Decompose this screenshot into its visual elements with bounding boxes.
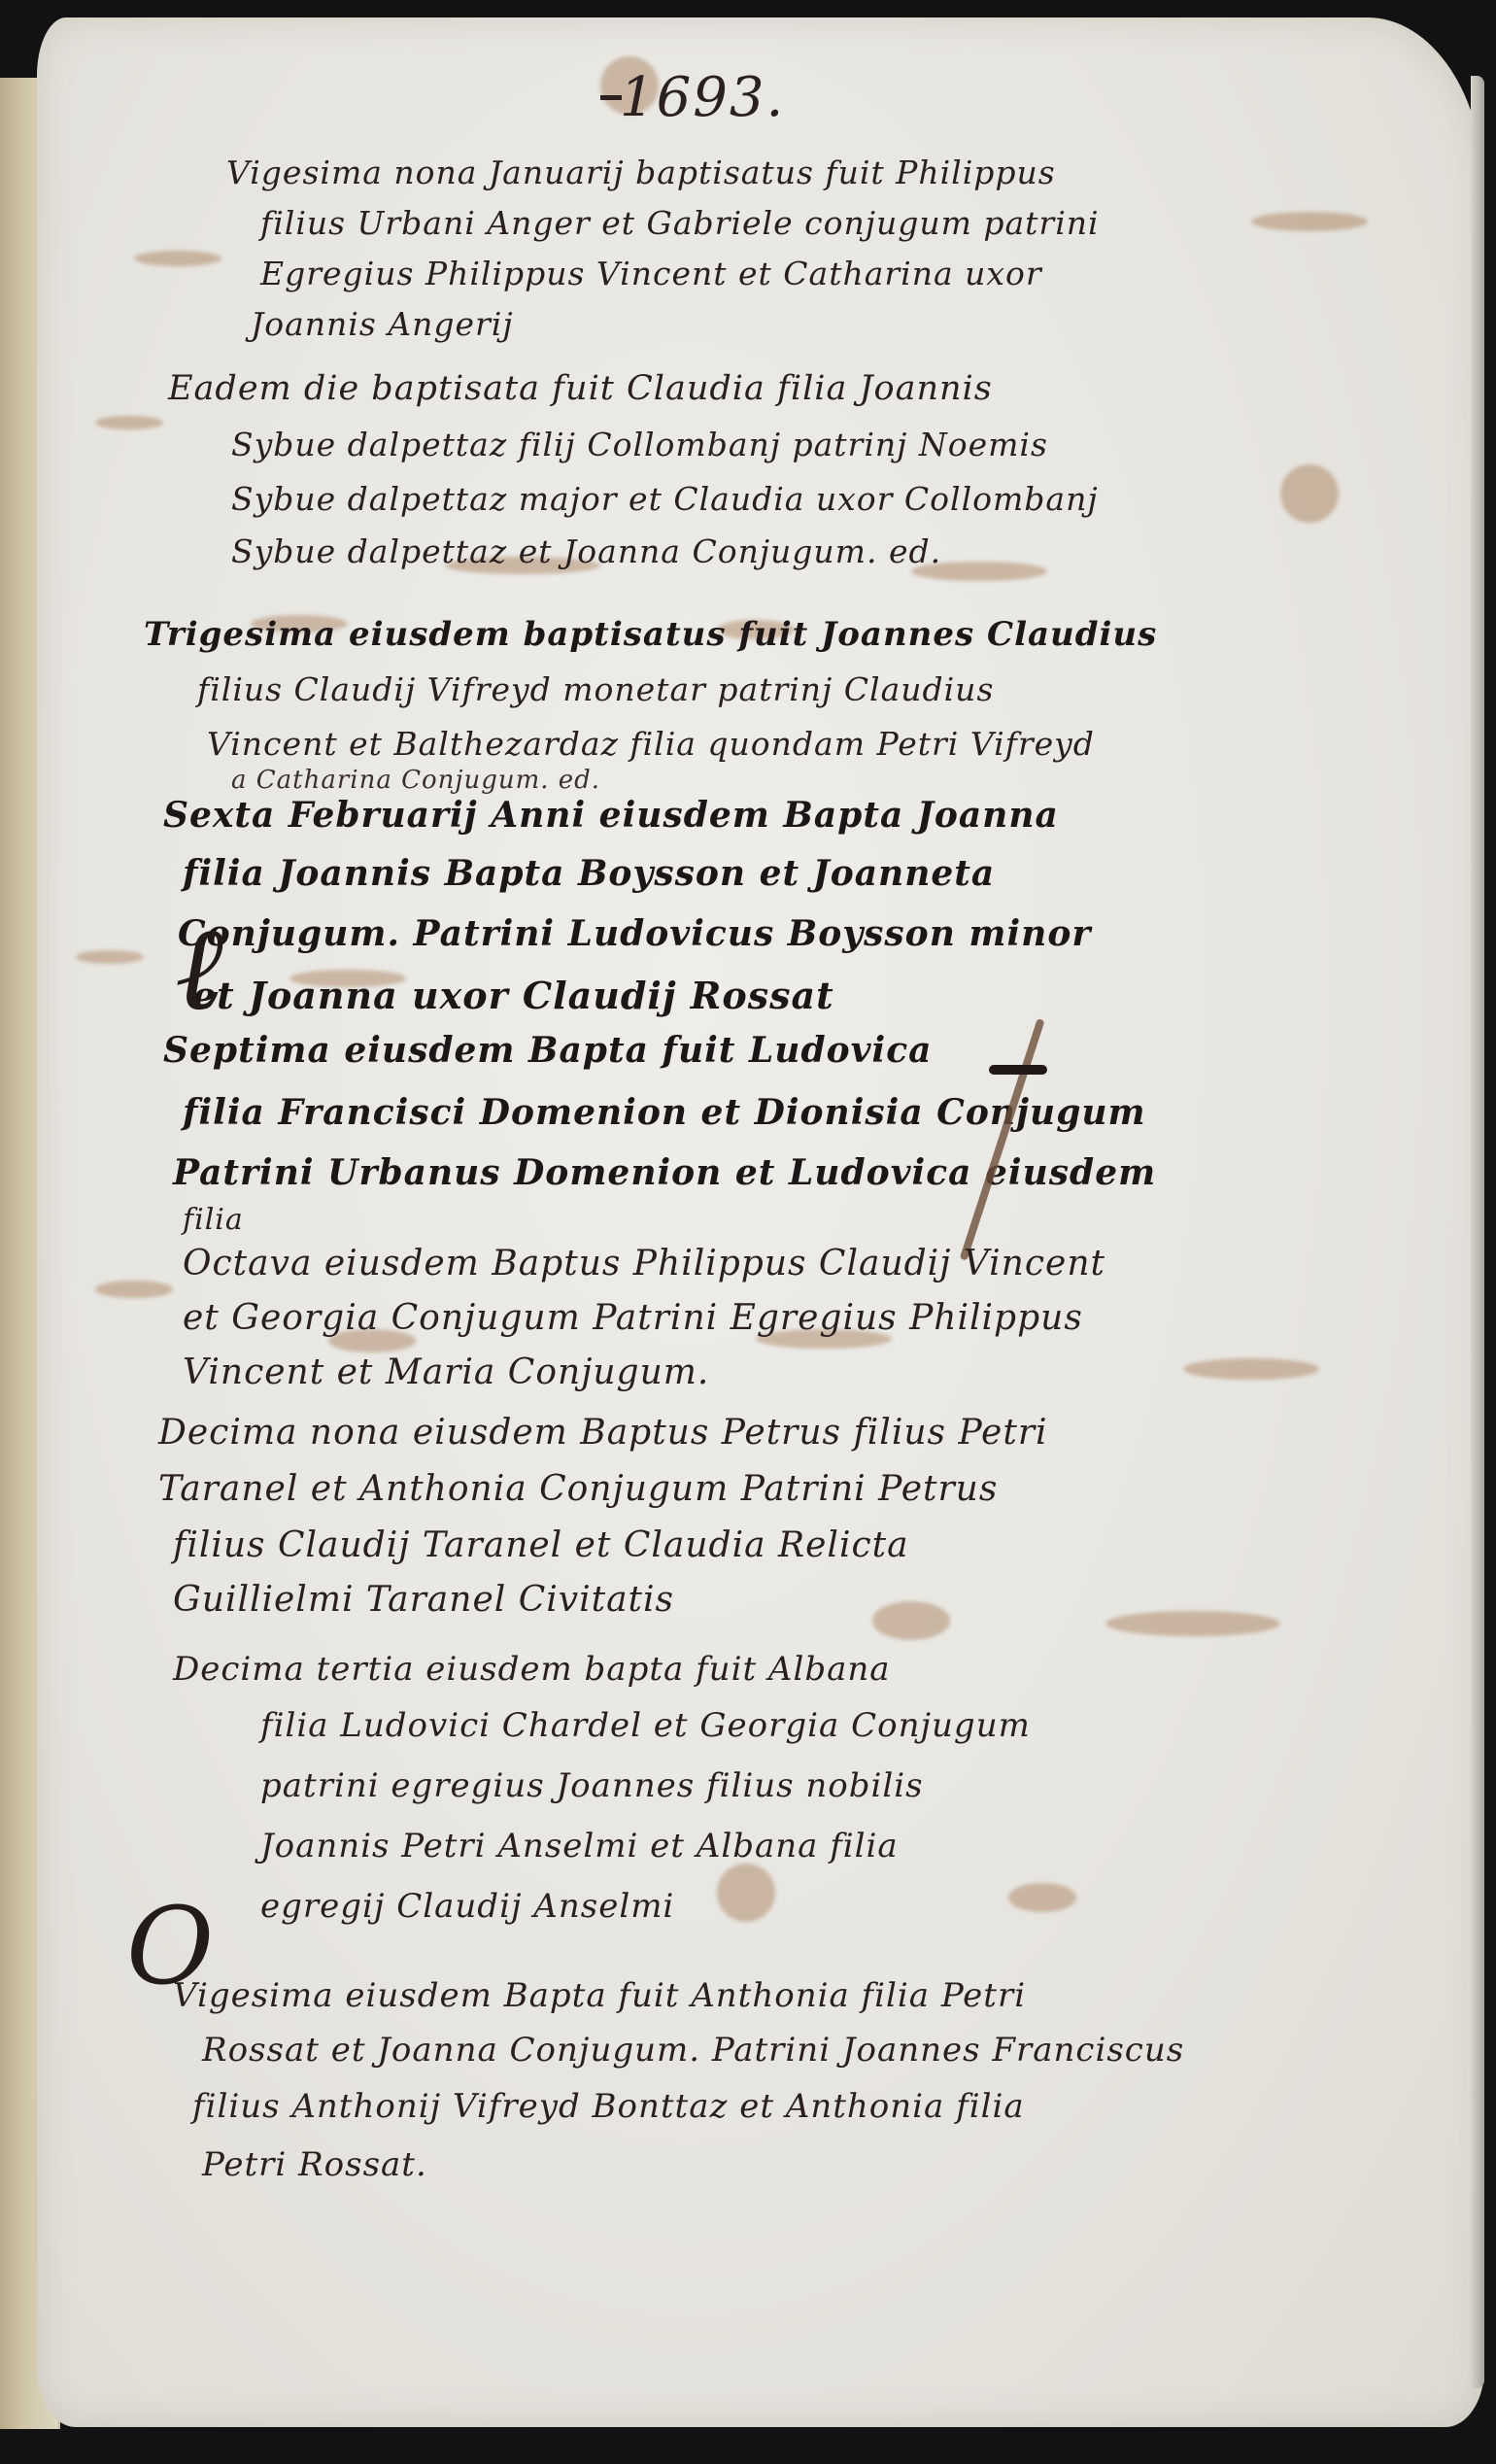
entry-line: Vigesima nona Januarij baptisatus fuit P… xyxy=(226,154,1056,191)
entry-line: Vincent et Balthezardaz filia quondam Pe… xyxy=(207,725,1095,763)
entry-line: Egregius Philippus Vincent et Catharina … xyxy=(260,255,1042,292)
entry-line: filius Claudij Vifreyd monetar patrinj C… xyxy=(197,670,994,708)
register-entries: Vigesima nona Januarij baptisatus fuit P… xyxy=(37,17,1484,2427)
decorative-initial: ℓ xyxy=(175,911,223,1028)
entry-line: Taranel et Anthonia Conjugum Patrini Pet… xyxy=(158,1469,998,1509)
entry-line: filia Ludovici Chardel et Georgia Conjug… xyxy=(260,1706,1031,1745)
entry-line: Sybue dalpettaz et Joanna Conjugum. ed. xyxy=(231,532,941,570)
entry-line: Sybue dalpettaz filij Collombanj patrinj… xyxy=(231,426,1048,463)
pen-bar xyxy=(989,1065,1047,1075)
entry-line: et Joanna uxor Claudij Rossat xyxy=(192,974,834,1017)
margin-stroke xyxy=(960,1018,1045,1261)
entry-line: Conjugum. Patrini Ludovicus Boysson mino… xyxy=(178,913,1091,954)
entry-line: filia Joannis Bapta Boysson et Joanneta xyxy=(183,853,995,894)
entry-line: Septima eiusdem Bapta fuit Ludovica xyxy=(163,1030,932,1071)
entry-line: Rossat et Joanna Conjugum. Patrini Joann… xyxy=(202,2031,1184,2070)
entry-line: Guillielmi Taranel Civitatis xyxy=(173,1580,674,1620)
entry-line: egregij Claudij Anselmi xyxy=(260,1887,674,1926)
entry-line: filius Urbani Anger et Gabriele conjugum… xyxy=(260,204,1100,242)
entry-line: Sybue dalpettaz major et Claudia uxor Co… xyxy=(231,480,1099,518)
entry-line: filia xyxy=(183,1203,244,1237)
entry-line: filius Claudij Taranel et Claudia Relict… xyxy=(173,1525,909,1565)
entry-line: Sexta Februarij Anni eiusdem Bapta Joann… xyxy=(163,795,1059,836)
entry-line: a Catharina Conjugum. ed. xyxy=(231,766,600,795)
entry-line: et Georgia Conjugum Patrini Egregius Phi… xyxy=(183,1298,1083,1338)
entry-line: Vincent et Maria Conjugum. xyxy=(183,1352,709,1392)
entry-line: Joannis Petri Anselmi et Albana filia xyxy=(260,1827,899,1865)
entry-line: Trigesima eiusdem baptisatus fuit Joanne… xyxy=(144,615,1157,654)
manuscript-scan: 1693. Vigesima nona Januarij baptisatus … xyxy=(0,0,1496,2464)
entry-line: Octava eiusdem Baptus Philippus Claudij … xyxy=(183,1244,1105,1283)
entry-line: Decima tertia eiusdem bapta fuit Albana xyxy=(173,1650,891,1689)
entry-line: patrini egregius Joannes filius nobilis xyxy=(260,1766,924,1805)
manuscript-page: 1693. Vigesima nona Januarij baptisatus … xyxy=(37,17,1484,2427)
entry-line: Patrini Urbanus Domenion et Ludovica eiu… xyxy=(173,1152,1156,1193)
entry-line: filius Anthonij Vifreyd Bonttaz et Antho… xyxy=(192,2087,1025,2126)
entry-line: Petri Rossat. xyxy=(202,2145,427,2184)
entry-line: Joannis Angerij xyxy=(251,305,514,343)
entry-line: Decima nona eiusdem Baptus Petrus filius… xyxy=(158,1413,1048,1453)
entry-line: Eadem die baptisata fuit Claudia filia J… xyxy=(168,369,993,408)
entry-line: Vigesima eiusdem Bapta fuit Anthonia fil… xyxy=(173,1976,1026,2015)
